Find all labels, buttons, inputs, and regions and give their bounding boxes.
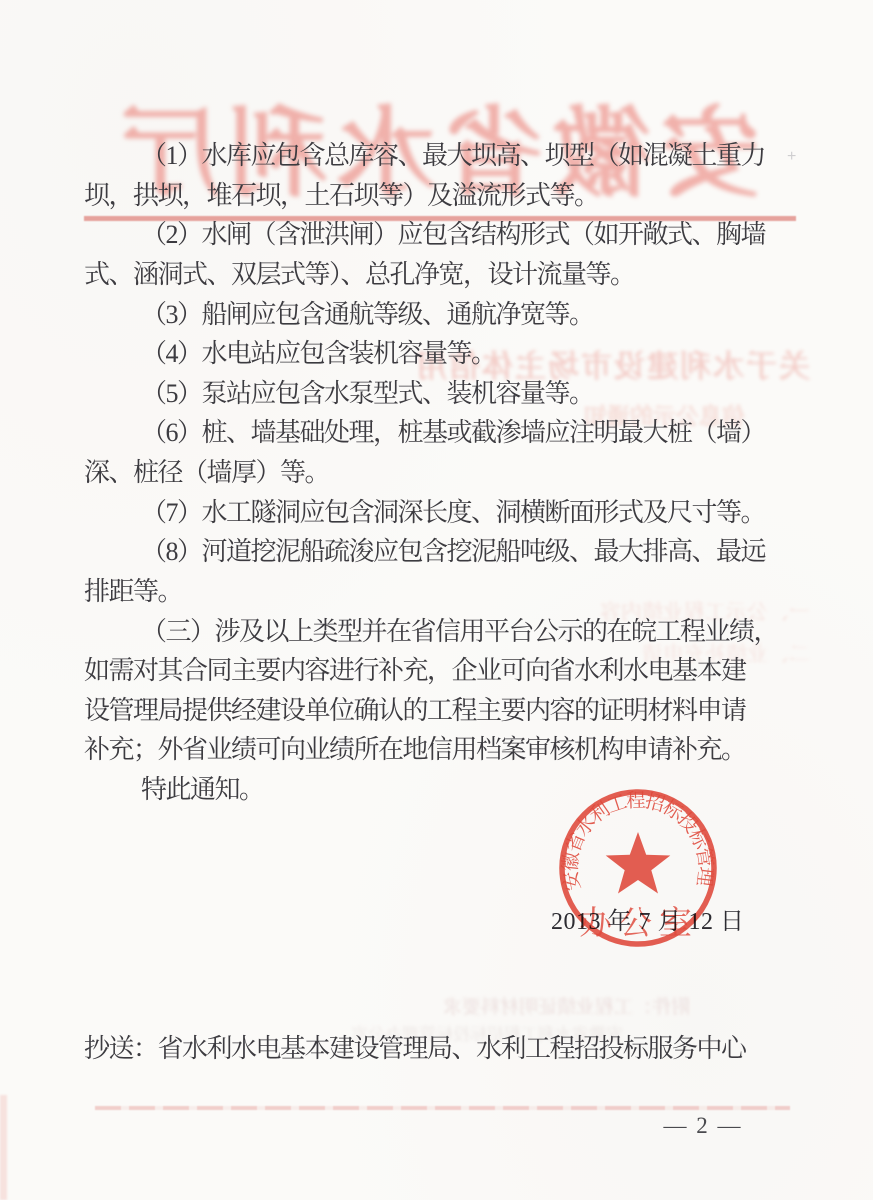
scanned-document-page: 安徽省水利厅 关于水利建设市场主体信用 信息公示的通知 一、公示工程业绩内容 二… (0, 0, 873, 1200)
body-line: （3）船闸应包含通航等级、通航净宽等。 (84, 295, 824, 335)
footer-pink-rule (95, 1106, 790, 1110)
body-line: 如需对其合同主要内容进行补充，企业可向省水利水电基本建 (84, 651, 824, 691)
body-line: 补充；外省业绩可向业绩所在地信用档案审核机构申请补充。 (84, 730, 824, 770)
body-line: 设管理局提供经建设单位确认的工程主要内容的证明材料申请 (84, 691, 824, 731)
body-line: （8）河道挖泥船疏浚应包含挖泥船吨级、最大排高、最远 (84, 532, 824, 572)
body-line: （5）泵站应包含水泵型式、装机容量等。 (84, 374, 824, 414)
body-line: （4）水电站应包含装机容量等。 (84, 334, 824, 374)
bottom-bleedthrough-line1: 附件：工程业绩证明材料要求 (290, 992, 690, 1019)
cc-line: 抄送：省水利水电基本建设管理局、水利工程招投标服务中心 (84, 1028, 824, 1065)
body-line: 排距等。 (84, 572, 824, 612)
body-line: （7）水工隧洞应包含洞深长度、洞横断面形式及尺寸等。 (84, 493, 824, 533)
document-body: （1）水库应包含总库容、最大坝高、坝型（如混凝土重力 坝，拱坝，堆石坝，土石坝等… (84, 136, 824, 810)
document-date: 2013 年 7 月 12 日 (551, 901, 745, 936)
star-icon (606, 832, 671, 894)
body-line: （2）水闸（含泄洪闸）应包含结构形式（如开敞式、胸墙 (84, 215, 824, 255)
body-line: （6）桩、墙基础处理，桩基或截渗墙应注明最大桩（墙） (84, 413, 824, 453)
body-line: （三）涉及以上类型并在省信用平台公示的在皖工程业绩， (84, 612, 824, 652)
body-line: 坝，拱坝，堆石坝，土石坝等）及溢流形式等。 (84, 176, 824, 216)
body-line: 特此通知。 (84, 770, 824, 810)
scan-edge-smudge (0, 1095, 7, 1200)
body-line: （1）水库应包含总库容、最大坝高、坝型（如混凝土重力 (84, 136, 824, 176)
body-line: 深、桩径（墙厚）等。 (84, 453, 824, 493)
page-number: — 2 — (648, 1113, 758, 1139)
body-line: 式、涵洞式、双层式等）、总孔净宽，设计流量等。 (84, 255, 824, 295)
